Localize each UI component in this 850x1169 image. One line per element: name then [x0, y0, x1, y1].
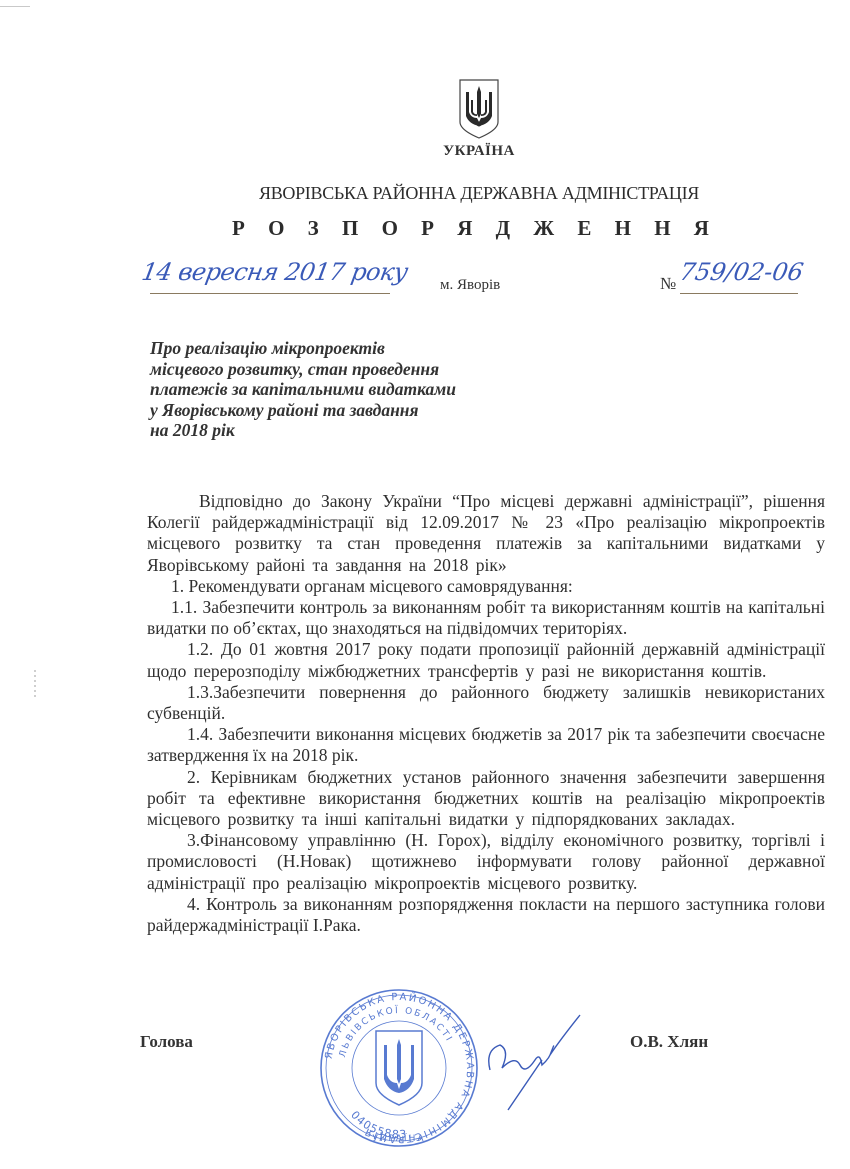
item-1-3: 1.3.Забезпечити повернення до районного … [147, 682, 825, 724]
subject-line: Про реалізацію мікропроектів [150, 338, 456, 359]
handwritten-number: 759/02-06 [678, 258, 806, 286]
signatory-title: Голова [140, 1032, 193, 1052]
document-type-title: Р О З П О Р Я Д Ж Е Н Н Я [0, 216, 850, 241]
item-1-1: 1.1. Забезпечити контроль за виконанням … [147, 597, 825, 639]
scan-artifact-dots [34, 670, 36, 698]
number-underline [680, 293, 798, 294]
item-2: 2. Керівникам бюджетних установ районног… [147, 767, 825, 831]
subject-line: у Яворівському районі та завдання [150, 400, 456, 421]
subject-line: на 2018 рік [150, 420, 456, 441]
date-underline [150, 293, 390, 294]
item-1-4: 1.4. Забезпечити виконання місцевих бюдж… [147, 724, 825, 766]
item-1: 1. Рекомендувати органам місцевого самов… [147, 576, 825, 597]
country-heading: УКРАЇНА [0, 143, 850, 160]
subject-line: місцевого розвитку, стан проведення [150, 359, 456, 380]
handwritten-signature-icon [480, 1010, 590, 1120]
city-label: м. Яворів [440, 277, 500, 294]
item-4: 4. Контроль за виконанням розпорядження … [147, 894, 825, 936]
document-subject: Про реалізацію мікропроектів місцевого р… [150, 338, 456, 441]
organization-name: ЯВОРІВСЬКА РАЙОННА ДЕРЖАВНА АДМІНІСТРАЦІ… [0, 183, 850, 204]
svg-text:УКРАЇНА: УКРАЇНА [372, 1133, 425, 1144]
subject-line: платежів за капітальними видатками [150, 379, 456, 400]
trident-emblem-icon [457, 78, 501, 140]
number-label: № [660, 274, 676, 294]
document-body: Відповідно до Закону України “Про місцев… [147, 491, 825, 936]
item-1-2: 1.2. До 01 жовтня 2017 року подати пропо… [147, 639, 825, 681]
handwritten-date: 14 вересня 2017 року [140, 258, 410, 286]
official-stamp-icon: ЯВОРІВСЬКА РАЙОННА ДЕРЖАВНА АДМІНІСТРАЦІ… [318, 987, 480, 1149]
preamble-paragraph: Відповідно до Закону України “Про місцев… [147, 491, 825, 576]
item-3: 3.Фінансовому управлінню (Н. Горох), від… [147, 830, 825, 894]
scan-artifact-line [0, 6, 30, 7]
signatory-name: О.В. Хлян [630, 1032, 708, 1052]
